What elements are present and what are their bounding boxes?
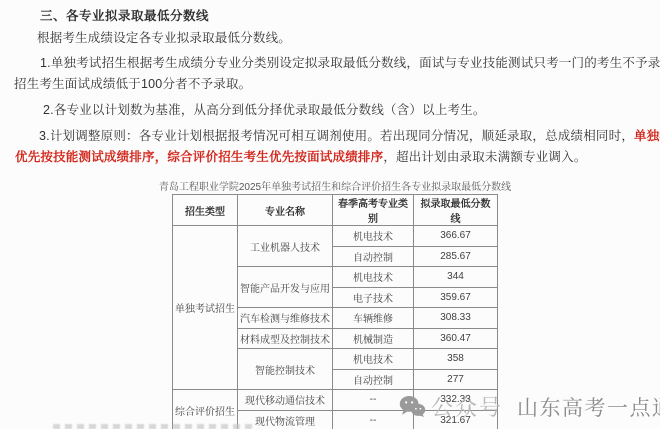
watermark-label: 公众号: [431, 391, 503, 422]
body-text: 根据考生成绩设定各专业拟录取最低分数线。: [37, 31, 291, 45]
document-page: 三、各专业拟录取最低分数线 根据考生成绩设定各专业拟录取最低分数线。1.单独考试…: [0, 0, 660, 429]
category-cell: 机电技术: [333, 226, 414, 247]
section-heading: 三、各专业拟录取最低分数线: [40, 6, 209, 24]
clipped-text-remnant: [53, 424, 253, 429]
table-header-cell: 专业名称: [238, 195, 333, 226]
major-cell: 工业机器人技术: [238, 226, 333, 267]
table-header-cell: 拟录取最低分数线: [414, 195, 498, 226]
score-cell: 308.33: [414, 308, 498, 329]
admission-type-cell: 单独考试招生: [173, 226, 238, 390]
table-header-cell: 春季高考专业类别: [333, 195, 414, 226]
score-cell: 277: [414, 369, 498, 390]
major-cell: 现代移动通信技术: [238, 390, 333, 411]
emphasis-text: 单独考试招生考生: [634, 129, 660, 143]
category-cell: 机械制造: [333, 328, 414, 349]
table-title: 青岛工程职业学院2025年单独考试招生和综合评价招生各专业拟录取最低分数线: [150, 178, 520, 193]
score-cell: 344: [414, 267, 498, 288]
paragraph-line: 2.各专业以计划数为基准，从高分到低分择优录取最低分数线（含）以上考生。: [43, 103, 486, 117]
score-cell: 360.47: [414, 328, 498, 349]
table-header-cell: 招生类型: [173, 195, 238, 226]
major-cell: 汽车检测与维修技术: [238, 308, 333, 329]
table-header-row: 招生类型专业名称春季高考专业类别拟录取最低分数线: [173, 195, 498, 226]
body-text: 1.单独考试招生根据考生成绩分专业分类别设定拟录取最低分数线，面试与专业技能测试…: [40, 56, 660, 70]
watermark-account: 山东高考一点通: [517, 392, 660, 422]
emphasis-text: 优先按技能测试成绩排序，综合评价招生考生优先按面试成绩排序: [15, 150, 383, 164]
category-cell: 机电技术: [333, 349, 414, 370]
category-cell: 自动控制: [333, 369, 414, 390]
category-cell: 电子技术: [333, 287, 414, 308]
category-cell: 自动控制: [333, 246, 414, 267]
body-text: ，超出计划由录取未满额专业调入。: [383, 150, 586, 164]
body-text: 2.各专业以计划数为基准，从高分到低分择优录取最低分数线（含）以上考生。: [43, 103, 486, 117]
category-cell: 机电技术: [333, 267, 414, 288]
category-cell: 车辆维修: [333, 308, 414, 329]
wechat-icon: [399, 395, 426, 418]
paragraph-line: 1.单独考试招生根据考生成绩分专业分类别设定拟录取最低分数线，面试与专业技能测试…: [40, 56, 660, 70]
paragraph-line: 优先按技能测试成绩排序，综合评价招生考生优先按面试成绩排序，超出计划由录取未满额…: [15, 150, 587, 164]
score-cell: 285.67: [414, 246, 498, 267]
paragraph-line: 招生考生面试成绩低于100分者不予录取。: [14, 77, 251, 91]
paragraph-line: 根据考生成绩设定各专业拟录取最低分数线。: [37, 31, 291, 45]
score-cell: 358: [414, 349, 498, 370]
body-text: 3.计划调整原则：各专业计划根据报考情况可相互调剂使用。若出现同分情况，顺延录取…: [39, 129, 634, 143]
major-cell: 智能产品开发与应用: [238, 267, 333, 308]
paragraph-line: 3.计划调整原则：各专业计划根据报考情况可相互调剂使用。若出现同分情况，顺延录取…: [39, 129, 660, 143]
score-cell: 366.67: [414, 226, 498, 247]
body-text: 招生考生面试成绩低于100分者不予录取。: [14, 77, 251, 91]
major-cell: 材料成型及控制技术: [238, 328, 333, 349]
score-cell: 359.67: [414, 287, 498, 308]
table-row: 单独考试招生工业机器人技术机电技术366.67: [173, 226, 498, 247]
major-cell: 智能控制技术: [238, 349, 333, 390]
watermark: 公众号 山东高考一点通: [399, 391, 660, 422]
